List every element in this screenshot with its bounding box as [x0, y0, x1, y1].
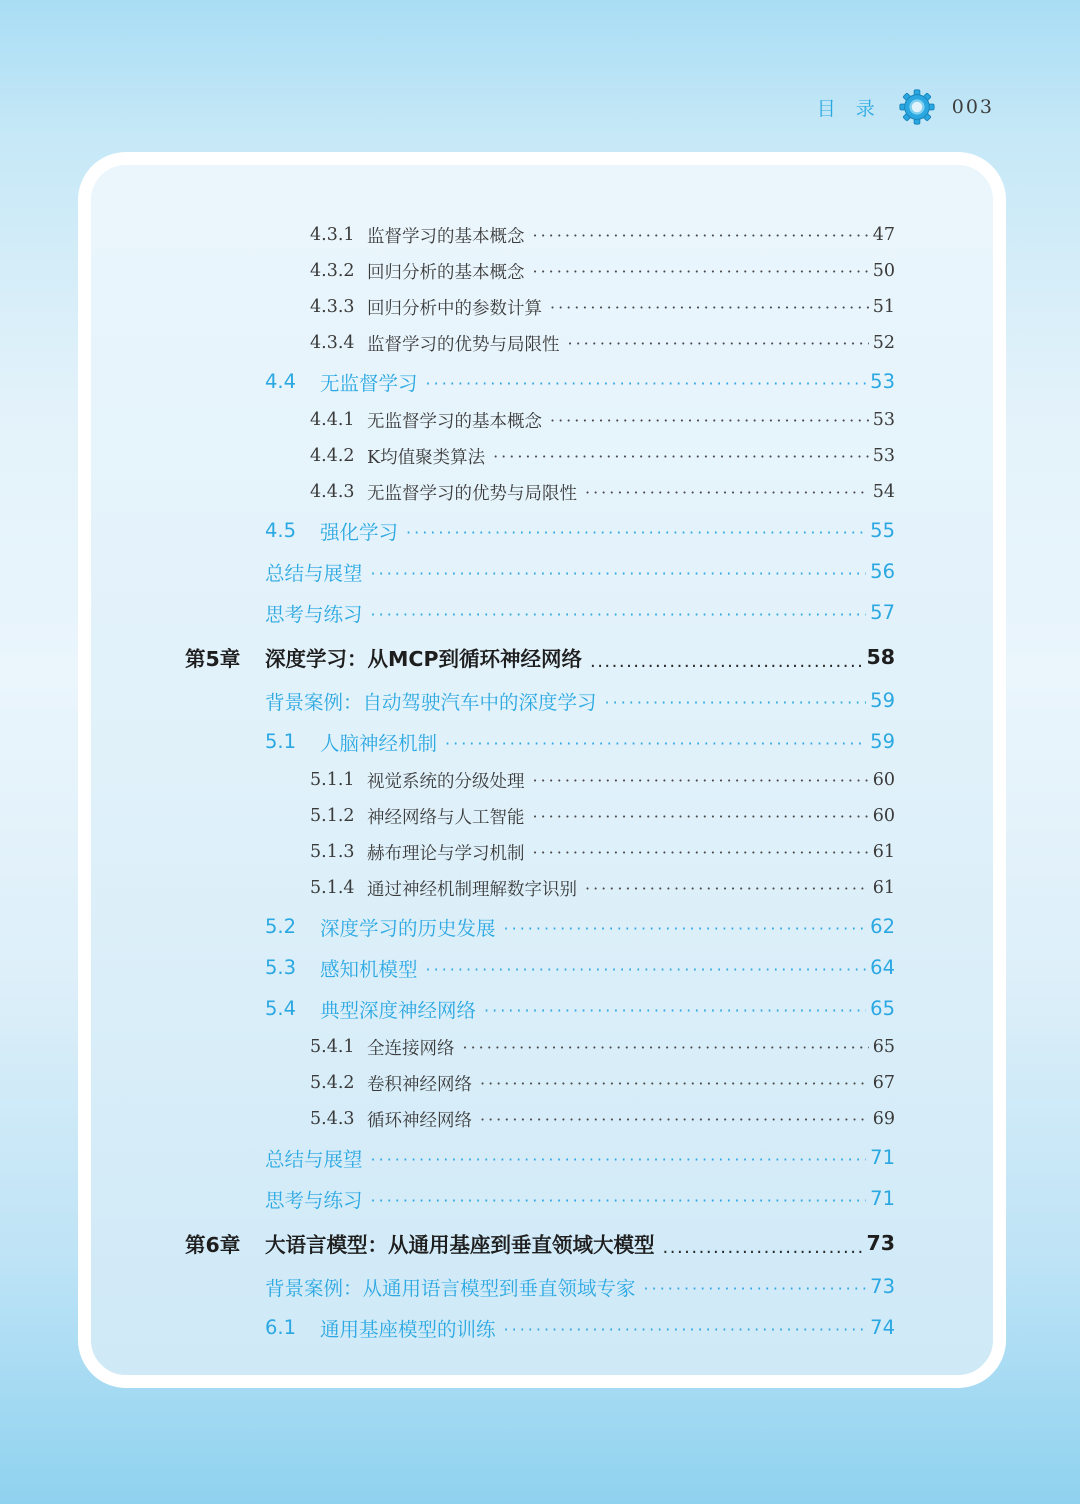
- toc-entry-number: 4.3.2: [310, 261, 367, 281]
- toc-entry-title: 深度学习：从MCP到循环神经网络: [265, 642, 582, 672]
- toc-entry-title: 神经网络与人工智能: [367, 804, 525, 829]
- toc-entry-page: 52: [873, 333, 895, 353]
- toc-entry-section: 5.4典型深度神经网络65: [265, 988, 895, 1029]
- toc-entry-number: 5.3: [265, 956, 320, 979]
- toc-entry-title: 循环神经网络: [367, 1107, 472, 1132]
- toc-entry-number: 5.4: [265, 997, 320, 1020]
- toc-entry-subsection: 4.4.3无监督学习的优势与局限性54: [310, 474, 895, 510]
- toc-entry-number: 5.4.2: [310, 1073, 367, 1093]
- toc-entry-page: 55: [870, 519, 895, 542]
- toc-entry-page: 69: [873, 1109, 895, 1129]
- toc-entry-page: 73: [866, 1231, 895, 1255]
- toc-entry-title: 大语言模型：从通用基座到垂直领域大模型: [265, 1228, 655, 1258]
- toc-entry-title: 卷积神经网络: [367, 1071, 472, 1096]
- toc-entry-title: 无监督学习的基本概念: [367, 408, 542, 433]
- toc-entry-subsection: 5.1.4通过神经机制理解数字识别61: [310, 870, 895, 906]
- dot-leader: [463, 1038, 869, 1058]
- toc-entry-section: 5.1人脑神经机制59: [265, 721, 895, 762]
- toc-entry-title: 视觉系统的分级处理: [367, 768, 525, 793]
- toc-entry-subsection: 5.4.1全连接网络65: [310, 1029, 895, 1065]
- toc-entry-subsection: 5.1.1视觉系统的分级处理60: [310, 762, 895, 798]
- toc-entry-title: 监督学习的基本概念: [367, 223, 525, 248]
- toc-entry-page: 56: [870, 560, 895, 583]
- toc-entry-title: 思考与练习: [265, 1185, 363, 1213]
- toc-entry-chapter: 第6章大语言模型：从通用基座到垂直领域大模型73: [185, 1219, 895, 1266]
- toc-entry-number: 5.1.1: [310, 770, 367, 790]
- toc-entry-number: 4.3.3: [310, 297, 367, 317]
- toc-entry-number: 5.1.3: [310, 842, 367, 862]
- toc-entry-title: 典型深度神经网络: [320, 995, 476, 1023]
- dot-leader: [605, 690, 867, 713]
- dot-leader: [550, 298, 869, 318]
- dot-leader: [590, 648, 863, 672]
- toc-entry-page: 58: [866, 645, 895, 669]
- toc-entry-subsection: 4.3.2回归分析的基本概念50: [310, 253, 895, 289]
- toc-entry-page: 50: [873, 261, 895, 281]
- dot-leader: [533, 226, 869, 246]
- toc-entry-page: 62: [870, 915, 895, 938]
- toc-entry-number: 5.4.3: [310, 1109, 367, 1129]
- dot-leader: [480, 1074, 869, 1094]
- toc-entry-number: 5.2: [265, 915, 320, 938]
- content-card: 4.3.1监督学习的基本概念474.3.2回归分析的基本概念504.3.3回归分…: [78, 152, 1006, 1388]
- toc-entry-number: 第5章: [185, 642, 265, 672]
- toc-entry-subsection: 4.3.3回归分析中的参数计算51: [310, 289, 895, 325]
- toc-entry-number: 4.4.2: [310, 446, 367, 466]
- toc-entry-title: 通用基座模型的训练: [320, 1314, 496, 1342]
- toc-entry-title: 总结与展望: [265, 1144, 363, 1172]
- dot-leader: [371, 602, 867, 625]
- toc-entry-title: 背景案例：从通用语言模型到垂直领域专家: [265, 1273, 636, 1301]
- toc-entry-page: 60: [873, 770, 895, 790]
- toc-entry-subsection: 5.1.3赫布理论与学习机制61: [310, 834, 895, 870]
- toc-entry-number: 5.1.4: [310, 878, 367, 898]
- toc-entry-title: 无监督学习: [320, 368, 418, 396]
- toc-entry-subsection: 4.3.1监督学习的基本概念47: [310, 217, 895, 253]
- toc-entry-page: 65: [870, 997, 895, 1020]
- dot-leader: [644, 1276, 867, 1299]
- dot-leader: [371, 561, 867, 584]
- toc-entry-subsection: 5.4.3循环神经网络69: [310, 1101, 895, 1137]
- toc-entry-page: 57: [870, 601, 895, 624]
- toc-entry-subsection: 4.4.2K均值聚类算法53: [310, 438, 895, 474]
- toc-entry-title: 感知机模型: [320, 954, 418, 982]
- gear-icon: [898, 88, 936, 126]
- toc-entry-page: 74: [870, 1316, 895, 1339]
- toc-entry-subsection: 5.1.2神经网络与人工智能60: [310, 798, 895, 834]
- toc-entry-page: 47: [873, 225, 895, 245]
- toc-entry-title: 监督学习的优势与局限性: [367, 331, 560, 356]
- toc-entry-number: 5.1: [265, 730, 320, 753]
- toc-entry-special: 思考与练习71: [265, 1178, 895, 1219]
- toc-entry-subsection: 4.4.1无监督学习的基本概念53: [310, 402, 895, 438]
- toc-entry-page: 59: [870, 689, 895, 712]
- toc-entry-page: 51: [873, 297, 895, 317]
- dot-leader: [533, 807, 869, 827]
- toc-entry-special: 思考与练习57: [265, 592, 895, 633]
- toc-entry-page: 54: [873, 482, 895, 502]
- toc-entry-number: 第6章: [185, 1228, 265, 1258]
- dot-leader: [585, 879, 869, 899]
- toc-entry-number: 4.4.3: [310, 482, 367, 502]
- toc-entry-subsection: 5.4.2卷积神经网络67: [310, 1065, 895, 1101]
- toc-entry-title: 人脑神经机制: [320, 728, 437, 756]
- dot-leader: [568, 334, 869, 354]
- toc-entry-page: 67: [873, 1073, 895, 1093]
- dot-leader: [504, 1317, 867, 1340]
- toc-entry-page: 73: [870, 1275, 895, 1298]
- toc-entry-title: 赫布理论与学习机制: [367, 840, 525, 865]
- toc-header-label: 目 录: [817, 94, 882, 121]
- toc-entry-section: 4.4无监督学习53: [265, 361, 895, 402]
- toc-entry-number: 5.4.1: [310, 1037, 367, 1057]
- toc-entry-page: 60: [873, 806, 895, 826]
- toc-list: 4.3.1监督学习的基本概念474.3.2回归分析的基本概念504.3.3回归分…: [91, 165, 993, 1348]
- toc-entry-page: 65: [873, 1037, 895, 1057]
- toc-entry-chapter: 第5章深度学习：从MCP到循环神经网络58: [185, 633, 895, 680]
- dot-leader: [480, 1110, 869, 1130]
- dot-leader: [426, 957, 867, 980]
- toc-entry-special: 总结与展望71: [265, 1137, 895, 1178]
- dot-leader: [371, 1188, 867, 1211]
- dot-leader: [533, 843, 869, 863]
- toc-entry-number: 4.4.1: [310, 410, 367, 430]
- dot-leader: [504, 916, 867, 939]
- toc-entry-title: 深度学习的历史发展: [320, 913, 496, 941]
- toc-entry-special: 总结与展望56: [265, 551, 895, 592]
- toc-entry-title: 回归分析中的参数计算: [367, 295, 542, 320]
- toc-entry-title: 强化学习: [320, 517, 398, 545]
- toc-entry-number: 4.5: [265, 519, 320, 542]
- toc-entry-page: 61: [873, 878, 895, 898]
- toc-entry-page: 71: [870, 1187, 895, 1210]
- dot-leader: [445, 731, 866, 754]
- dot-leader: [533, 771, 869, 791]
- dot-leader: [533, 262, 869, 282]
- dot-leader: [663, 1234, 863, 1258]
- toc-entry-title: 无监督学习的优势与局限性: [367, 480, 577, 505]
- dot-leader: [493, 447, 869, 467]
- toc-entry-page: 59: [870, 730, 895, 753]
- dot-leader: [484, 998, 866, 1021]
- toc-entry-page: 64: [870, 956, 895, 979]
- toc-entry-page: 53: [870, 370, 895, 393]
- toc-entry-section: 5.2深度学习的历史发展62: [265, 906, 895, 947]
- toc-entry-title: K均值聚类算法: [367, 444, 485, 469]
- page-header: 目 录 003: [817, 88, 994, 126]
- toc-entry-page: 53: [873, 410, 895, 430]
- toc-entry-page: 53: [873, 446, 895, 466]
- header-page-number: 003: [952, 96, 994, 118]
- toc-entry-number: 5.1.2: [310, 806, 367, 826]
- toc-entry-title: 通过神经机制理解数字识别: [367, 876, 577, 901]
- dot-leader: [550, 411, 869, 431]
- toc-entry-page: 71: [870, 1146, 895, 1169]
- toc-entry-title: 背景案例：自动驾驶汽车中的深度学习: [265, 687, 597, 715]
- toc-entry-number: 6.1: [265, 1316, 320, 1339]
- toc-entry-section: 6.1通用基座模型的训练74: [265, 1307, 895, 1348]
- toc-entry-title: 思考与练习: [265, 599, 363, 627]
- toc-entry-title: 全连接网络: [367, 1035, 455, 1060]
- dot-leader: [426, 371, 867, 394]
- toc-entry-special: 背景案例：从通用语言模型到垂直领域专家73: [265, 1266, 895, 1307]
- toc-entry-subsection: 4.3.4监督学习的优势与局限性52: [310, 325, 895, 361]
- dot-leader: [371, 1147, 867, 1170]
- toc-entry-page: 61: [873, 842, 895, 862]
- toc-entry-number: 4.3.4: [310, 333, 367, 353]
- toc-entry-title: 回归分析的基本概念: [367, 259, 525, 284]
- dot-leader: [406, 520, 866, 543]
- toc-entry-number: 4.4: [265, 370, 320, 393]
- dot-leader: [585, 483, 869, 503]
- toc-entry-title: 总结与展望: [265, 558, 363, 586]
- toc-entry-section: 4.5强化学习55: [265, 510, 895, 551]
- toc-entry-special: 背景案例：自动驾驶汽车中的深度学习59: [265, 680, 895, 721]
- toc-entry-number: 4.3.1: [310, 225, 367, 245]
- toc-entry-section: 5.3感知机模型64: [265, 947, 895, 988]
